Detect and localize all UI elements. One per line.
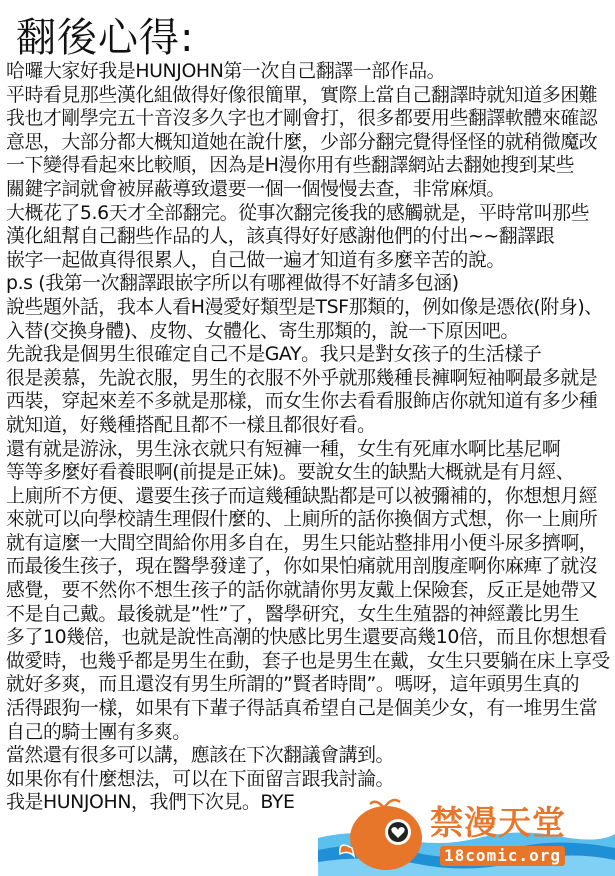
text-line: 而最後生孩子，現在醫學發達了，你如果怕痛就用剖腹產啊你麻痺了就沒 bbox=[6, 555, 610, 579]
text-line: 一下變得看起來比較順，因為是H漫你用有些翻譯網站去翻她搜到某些 bbox=[6, 154, 610, 178]
text-line: 平時看見那些漢化組做得好像很簡單，實際上當自己翻譯時就知道多困難 bbox=[6, 84, 610, 108]
text-line: 意思，大部分都大概知道她在說什麼，少部分翻完覺得怪怪的就稍微魔改 bbox=[6, 131, 610, 155]
text-line: 做愛時，也幾乎都是男生在動，套子也是男生在戴，女生只要躺在床上享受 bbox=[6, 650, 604, 674]
text-line: 我也才剛學完五十音沒多久字也才剛會打，很多都要用些翻譯軟體來確認 bbox=[6, 107, 610, 131]
text-line: 關鍵字詞就會被屏蔽導致還要一個一個慢慢去查，非常麻煩。 bbox=[6, 178, 610, 202]
text-line: 活得跟狗一樣，如果有下輩子得話真希望自己是個美少女，有一堆男生當 bbox=[6, 697, 610, 721]
text-line: 先說我是個男生很確定自己不是GAY。我只是對女孩子的生活樣子 bbox=[6, 343, 610, 367]
text-line: 還有就是游泳，男生泳衣就只有短褲一種，女生有死庫水啊比基尼啊 bbox=[6, 438, 610, 462]
text-line: p.s (我第一次翻譯跟嵌字所以有哪裡做得不好請多包涵) bbox=[6, 272, 610, 296]
text-line: 就知道，好幾種搭配且都不一樣且都很好看。 bbox=[6, 414, 610, 438]
text-line: 不是自己戴。最後就是”性”了，醫學研究，女生生殖器的神經叢比男生 bbox=[6, 603, 610, 627]
text-line: 就有這麼一大間空間給你用多自在，男生只能站整排用小便斗尿多擠啊， bbox=[6, 532, 610, 556]
text-line: 感覺，要不然你不想生孩子的話你就請你男友戴上保險套，反正是她帶又 bbox=[6, 579, 610, 603]
text-line: 來就可以向學校請生理假什麼的、上廁所的話你換個方式想，你一上廁所 bbox=[6, 508, 610, 532]
watermark-url: 18comic.org bbox=[440, 846, 565, 866]
text-line: 當然還有很多可以講，應該在下次翻議會講到。 bbox=[6, 744, 610, 768]
text-line: 就好多爽，而且還沒有男生所謂的”賢者時間”。嗎呀，這年頭男生真的 bbox=[6, 673, 610, 697]
watermark-logo: 禁漫天堂 18comic.org bbox=[318, 798, 615, 876]
text-line: 漢化組幫自己翻些作品的人，該真得好好感謝他們的付出~~翻譯跟 bbox=[6, 225, 610, 249]
text-line: 很是羨慕，先說衣服，男生的衣服不外乎就那幾種長褲啊短袖啊最多就是 bbox=[6, 367, 610, 391]
text-line: 等等多麼好看養眼啊(前提是正妹)。要說女生的缺點大概就是有月經、 bbox=[6, 461, 610, 485]
watermark-title: 禁漫天堂 bbox=[430, 803, 566, 843]
text-line: 哈囉大家好我是HUNJOHN第一次自己翻譯一部作品。 bbox=[6, 60, 610, 84]
text-line: 如果你有什麼想法，可以在下面留言跟我討論。 bbox=[6, 768, 610, 792]
text-line: 入替(交換身體)、皮物、女體化、寄生那類的，說一下原因吧。 bbox=[6, 320, 610, 344]
page-title: 翻後心得: bbox=[16, 12, 194, 64]
text-line: 自己的騎士團有多爽。 bbox=[6, 721, 610, 745]
translator-notes: 哈囉大家好我是HUNJOHN第一次自己翻譯一部作品。平時看見那些漢化組做得好像很… bbox=[6, 60, 614, 815]
text-line: 上廁所不方便、還要生孩子而這幾種缺點都是可以被彌補的，你想想月經 bbox=[6, 485, 610, 509]
text-line: 大概花了5.6天才全部翻完。從事次翻完後我的感觸就是，平時常叫那些 bbox=[6, 202, 610, 226]
text-line: 多了10幾倍，也就是說性高潮的快感比男生還要高幾10倍，而且你想想看 bbox=[6, 626, 610, 650]
text-line: 西裝，穿起來差不多就是那樣，而女生你去看看服飾店你就知道有多少種 bbox=[6, 390, 610, 414]
text-line: 嵌字一起做真得很累人，自己做一遍才知道有多麼辛苦的說。 bbox=[6, 249, 610, 273]
text-line: 說些題外話，我本人看H漫愛好類型是TSF那類的，例如像是憑依(附身)、 bbox=[6, 296, 610, 320]
